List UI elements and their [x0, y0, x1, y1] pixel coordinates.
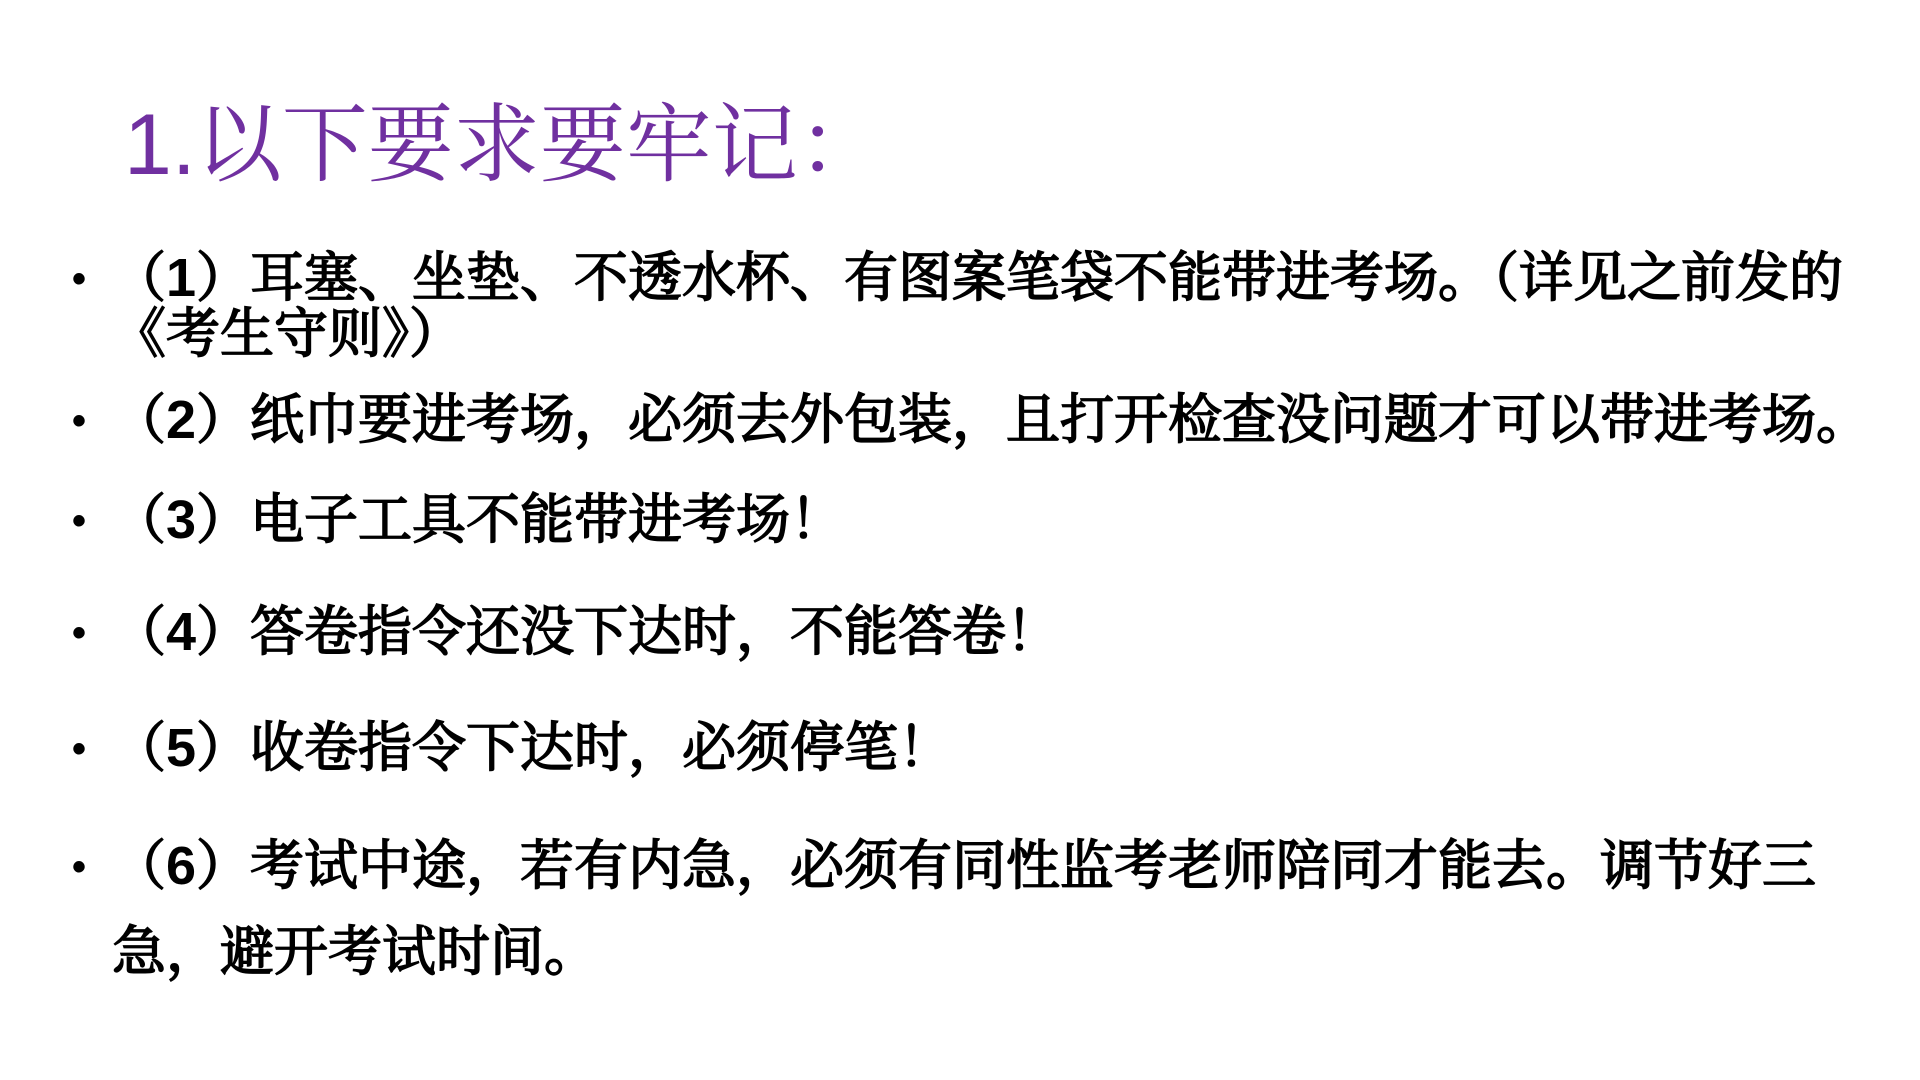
bullet-item-5: • （5）收卷指令下达时，必须停笔！ [72, 720, 1872, 778]
bullet-text-3: （3）电子工具不能带进考场！ [112, 492, 1872, 548]
slide-heading: 1.以下要求要牢记： [124, 92, 884, 200]
bullet-item-3: • （3）电子工具不能带进考场！ [72, 492, 1872, 550]
bullet-item-1: • （1）耳塞、坐垫、不透水杯、有图案笔袋不能带进考场。（详见之前发的《考生守则… [72, 250, 1872, 362]
bullet-text-6: （6）考试中途，若有内急，必须有同性监考老师陪同才能去。调节好三急，避开考试时间… [112, 824, 1872, 995]
bullet-item-4: • （4）答卷指令还没下达时，不能答卷！ [72, 604, 1872, 662]
slide-canvas: 1.以下要求要牢记： • （1）耳塞、坐垫、不透水杯、有图案笔袋不能带进考场。（… [0, 0, 1920, 1080]
bullet-item-6: • （6）考试中途，若有内急，必须有同性监考老师陪同才能去。调节好三急，避开考试… [72, 824, 1872, 995]
bullet-text-5: （5）收卷指令下达时，必须停笔！ [112, 720, 1872, 776]
bullet-item-2: • （2）纸巾要进考场，必须去外包装，且打开检查没问题才可以带进考场。 [72, 392, 1872, 450]
bullet-text-1: （1）耳塞、坐垫、不透水杯、有图案笔袋不能带进考场。（详见之前发的《考生守则》） [112, 250, 1872, 362]
bullet-text-4: （4）答卷指令还没下达时，不能答卷！ [112, 604, 1872, 660]
bullet-marker-icon: • [72, 824, 112, 910]
bullet-list: • （1）耳塞、坐垫、不透水杯、有图案笔袋不能带进考场。（详见之前发的《考生守则… [72, 250, 1872, 995]
bullet-marker-icon: • [72, 250, 112, 308]
bullet-marker-icon: • [72, 392, 112, 450]
bullet-marker-icon: • [72, 604, 112, 662]
bullet-text-2: （2）纸巾要进考场，必须去外包装，且打开检查没问题才可以带进考场。 [112, 392, 1872, 448]
bullet-marker-icon: • [72, 720, 112, 778]
bullet-marker-icon: • [72, 492, 112, 550]
